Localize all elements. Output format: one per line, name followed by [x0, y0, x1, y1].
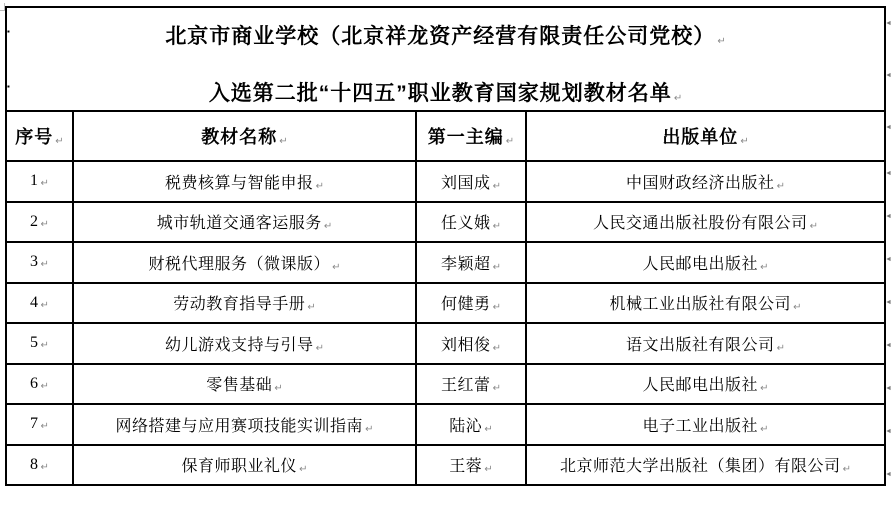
cell-name-text: 税费核算与智能申报 — [165, 175, 314, 192]
cell-no: 4↵ — [6, 283, 73, 324]
cell-name: 网络搭建与应用赛项技能实训指南↵ — [73, 404, 416, 445]
col-header-no-text: 序号 — [15, 127, 53, 147]
cell-no-text: 4 — [30, 294, 39, 311]
paragraph-mark-icon: ↵ — [41, 421, 49, 432]
cell-editor-text: 任义娥 — [441, 215, 491, 232]
paragraph-mark-icon: ↵ — [279, 136, 287, 147]
cell-name-text: 财税代理服务（微课版） — [149, 256, 331, 273]
cell-name: 税费核算与智能申报↵ — [73, 161, 416, 202]
cell-no: 5↵ — [6, 323, 73, 364]
title-cell: 北京市商业学校（北京祥龙资产经营有限责任公司党校）↵ 入选第二批“十四五”职业教… — [6, 7, 885, 111]
cell-editor: 刘相俊↵ — [416, 323, 526, 364]
cell-editor: 李颖超↵ — [416, 242, 526, 283]
cell-name: 零售基础↵ — [73, 364, 416, 405]
cell-name-text: 网络搭建与应用赛项技能实训指南 — [116, 418, 364, 435]
paragraph-mark-icon: ↵ — [760, 424, 768, 435]
table-row: 4↵ 劳动教育指导手册↵ 何健勇↵ 机械工业出版社有限公司↵ — [6, 283, 885, 324]
table-row: 8↵ 保育师职业礼仪↵ 王蓉↵ 北京师范大学出版社（集团）有限公司↵ — [6, 445, 885, 486]
paragraph-mark-icon: ↵ — [41, 259, 49, 270]
cell-name-text: 幼儿游戏支持与引导 — [165, 337, 314, 354]
cell-editor: 王红蕾↵ — [416, 364, 526, 405]
col-header-publisher-text: 出版单位 — [662, 127, 738, 147]
paragraph-mark-icon: ↵ — [717, 36, 725, 47]
document-title-text: 北京市商业学校（北京祥龙资产经营有限责任公司党校） — [165, 25, 715, 48]
paragraph-mark-icon: ↵ — [41, 300, 49, 311]
cell-name: 保育师职业礼仪↵ — [73, 445, 416, 486]
col-header-no: 序号↵ — [6, 111, 73, 161]
cell-publisher-text: 中国财政经济出版社 — [626, 175, 775, 192]
paragraph-mark-icon: ↵ — [484, 464, 492, 475]
cell-publisher: 语文出版社有限公司↵ — [526, 323, 885, 364]
paragraph-mark-icon: ↵ — [55, 136, 63, 147]
cell-editor-text: 刘国成 — [441, 175, 491, 192]
paragraph-mark-icon: ↵ — [793, 302, 801, 313]
cell-name: 城市轨道交通客运服务↵ — [73, 202, 416, 243]
cell-editor: 陆沁↵ — [416, 404, 526, 445]
document-subtitle: 入选第二批“十四五”职业教育国家规划教材名单↵ — [7, 82, 884, 110]
cell-no-text: 6 — [30, 375, 39, 392]
cell-editor-text: 王蓉 — [449, 458, 482, 475]
paragraph-mark-icon: ↵ — [760, 262, 768, 273]
paragraph-mark-icon: ↵ — [674, 93, 682, 104]
paragraph-mark-icon: ↵ — [484, 424, 492, 435]
cell-publisher-text: 人民邮电出版社 — [643, 377, 759, 394]
paragraph-mark-icon: ↵ — [493, 262, 501, 273]
paragraph-mark-icon: ↵ — [332, 262, 340, 273]
paragraph-mark-icon: ↵ — [299, 464, 307, 475]
cell-no-text: 5 — [30, 334, 39, 351]
paragraph-mark-icon: ↵ — [760, 383, 768, 394]
cell-no: 1↵ — [6, 161, 73, 202]
paragraph-mark-icon: ↵ — [41, 178, 49, 189]
cell-publisher: 电子工业出版社↵ — [526, 404, 885, 445]
cell-no-text: 7 — [30, 415, 39, 432]
cell-name: 劳动教育指导手册↵ — [73, 283, 416, 324]
document-title: 北京市商业学校（北京祥龙资产经营有限责任公司党校）↵ — [7, 25, 884, 53]
table-row: 5↵ 幼儿游戏支持与引导↵ 刘相俊↵ 语文出版社有限公司↵ — [6, 323, 885, 364]
cell-publisher: 人民交通出版社股份有限公司↵ — [526, 202, 885, 243]
paragraph-mark-icon: ↵ — [493, 383, 501, 394]
cell-name-text: 保育师职业礼仪 — [182, 458, 298, 475]
cell-name: 财税代理服务（微课版）↵ — [73, 242, 416, 283]
table-row: 1↵ 税费核算与智能申报↵ 刘国成↵ 中国财政经济出版社↵ — [6, 161, 885, 202]
cell-editor-text: 刘相俊 — [441, 337, 491, 354]
cell-editor: 刘国成↵ — [416, 161, 526, 202]
cell-editor-text: 陆沁 — [449, 418, 482, 435]
cell-no: 3↵ — [6, 242, 73, 283]
paragraph-mark-icon: ↵ — [493, 181, 501, 192]
table-row: 6↵ 零售基础↵ 王红蕾↵ 人民邮电出版社↵ — [6, 364, 885, 405]
paragraph-mark-icon: ↵ — [316, 343, 324, 354]
cell-publisher-text: 北京师范大学出版社（集团）有限公司 — [560, 458, 841, 475]
paragraph-mark-icon: ↵ — [740, 136, 748, 147]
cell-publisher-text: 电子工业出版社 — [643, 418, 759, 435]
cell-no-text: 1 — [30, 172, 39, 189]
document-page: ▪ ▪ ◄ ◄ ◄ ◄ ◄ ◄ ◄ ◄ ◄ ◄ ◄ 北京市商业学校（北京祥龙资产… — [0, 0, 891, 510]
cell-no: 8↵ — [6, 445, 73, 486]
cell-publisher: 机械工业出版社有限公司↵ — [526, 283, 885, 324]
paragraph-mark-icon: ↵ — [493, 221, 501, 232]
cell-publisher-text: 语文出版社有限公司 — [626, 337, 775, 354]
title-row: 北京市商业学校（北京祥龙资产经营有限责任公司党校）↵ 入选第二批“十四五”职业教… — [6, 7, 885, 111]
paragraph-mark-icon: ↵ — [307, 302, 315, 313]
col-header-editor-text: 第一主编 — [428, 127, 504, 147]
cell-name-text: 零售基础 — [206, 377, 272, 394]
paragraph-mark-icon: ↵ — [365, 424, 373, 435]
cell-publisher: 北京师范大学出版社（集团）有限公司↵ — [526, 445, 885, 486]
cell-no: 2↵ — [6, 202, 73, 243]
cell-editor: 任义娥↵ — [416, 202, 526, 243]
cell-no-text: 8 — [30, 456, 39, 473]
col-header-publisher: 出版单位↵ — [526, 111, 885, 161]
textbook-list-table: 北京市商业学校（北京祥龙资产经营有限责任公司党校）↵ 入选第二批“十四五”职业教… — [5, 6, 886, 486]
paragraph-mark-icon: ↵ — [316, 181, 324, 192]
cell-editor-text: 王红蕾 — [441, 377, 491, 394]
cell-publisher: 人民邮电出版社↵ — [526, 242, 885, 283]
paragraph-mark-icon: ↵ — [324, 221, 332, 232]
paragraph-mark-icon: ↵ — [843, 464, 851, 475]
cell-name-text: 城市轨道交通客运服务 — [157, 215, 322, 232]
table-row: 2↵ 城市轨道交通客运服务↵ 任义娥↵ 人民交通出版社股份有限公司↵ — [6, 202, 885, 243]
paragraph-mark-icon: ↵ — [810, 221, 818, 232]
cell-no-text: 3 — [30, 253, 39, 270]
paragraph-mark-icon: ↵ — [41, 381, 49, 392]
table-row: 3↵ 财税代理服务（微课版）↵ 李颖超↵ 人民邮电出版社↵ — [6, 242, 885, 283]
cell-publisher-text: 机械工业出版社有限公司 — [610, 296, 792, 313]
cell-editor-text: 何健勇 — [441, 296, 491, 313]
paragraph-mark-icon: ↵ — [506, 136, 514, 147]
cell-publisher: 人民邮电出版社↵ — [526, 364, 885, 405]
col-header-editor: 第一主编↵ — [416, 111, 526, 161]
paragraph-mark-icon: ↵ — [777, 343, 785, 354]
cell-name: 幼儿游戏支持与引导↵ — [73, 323, 416, 364]
col-header-name-text: 教材名称 — [201, 127, 277, 147]
cell-no-text: 2 — [30, 213, 39, 230]
table-header-row: 序号↵ 教材名称↵ 第一主编↵ 出版单位↵ — [6, 111, 885, 161]
paragraph-mark-icon: ↵ — [493, 302, 501, 313]
cell-no: 7↵ — [6, 404, 73, 445]
paragraph-mark-icon: ↵ — [777, 181, 785, 192]
document-subtitle-text: 入选第二批“十四五”职业教育国家规划教材名单 — [209, 82, 672, 105]
cell-no: 6↵ — [6, 364, 73, 405]
cell-editor: 王蓉↵ — [416, 445, 526, 486]
col-header-name: 教材名称↵ — [73, 111, 416, 161]
paragraph-mark-icon: ↵ — [41, 219, 49, 230]
cell-publisher: 中国财政经济出版社↵ — [526, 161, 885, 202]
cell-editor-text: 李颖超 — [441, 256, 491, 273]
cell-editor: 何健勇↵ — [416, 283, 526, 324]
cell-publisher-text: 人民交通出版社股份有限公司 — [593, 215, 808, 232]
paragraph-mark-icon: ↵ — [41, 462, 49, 473]
paragraph-mark-icon: ↵ — [493, 343, 501, 354]
paragraph-mark-icon: ↵ — [41, 340, 49, 351]
table-row: 7↵ 网络搭建与应用赛项技能实训指南↵ 陆沁↵ 电子工业出版社↵ — [6, 404, 885, 445]
cell-publisher-text: 人民邮电出版社 — [643, 256, 759, 273]
cell-name-text: 劳动教育指导手册 — [173, 296, 305, 313]
paragraph-mark-icon: ↵ — [274, 383, 282, 394]
